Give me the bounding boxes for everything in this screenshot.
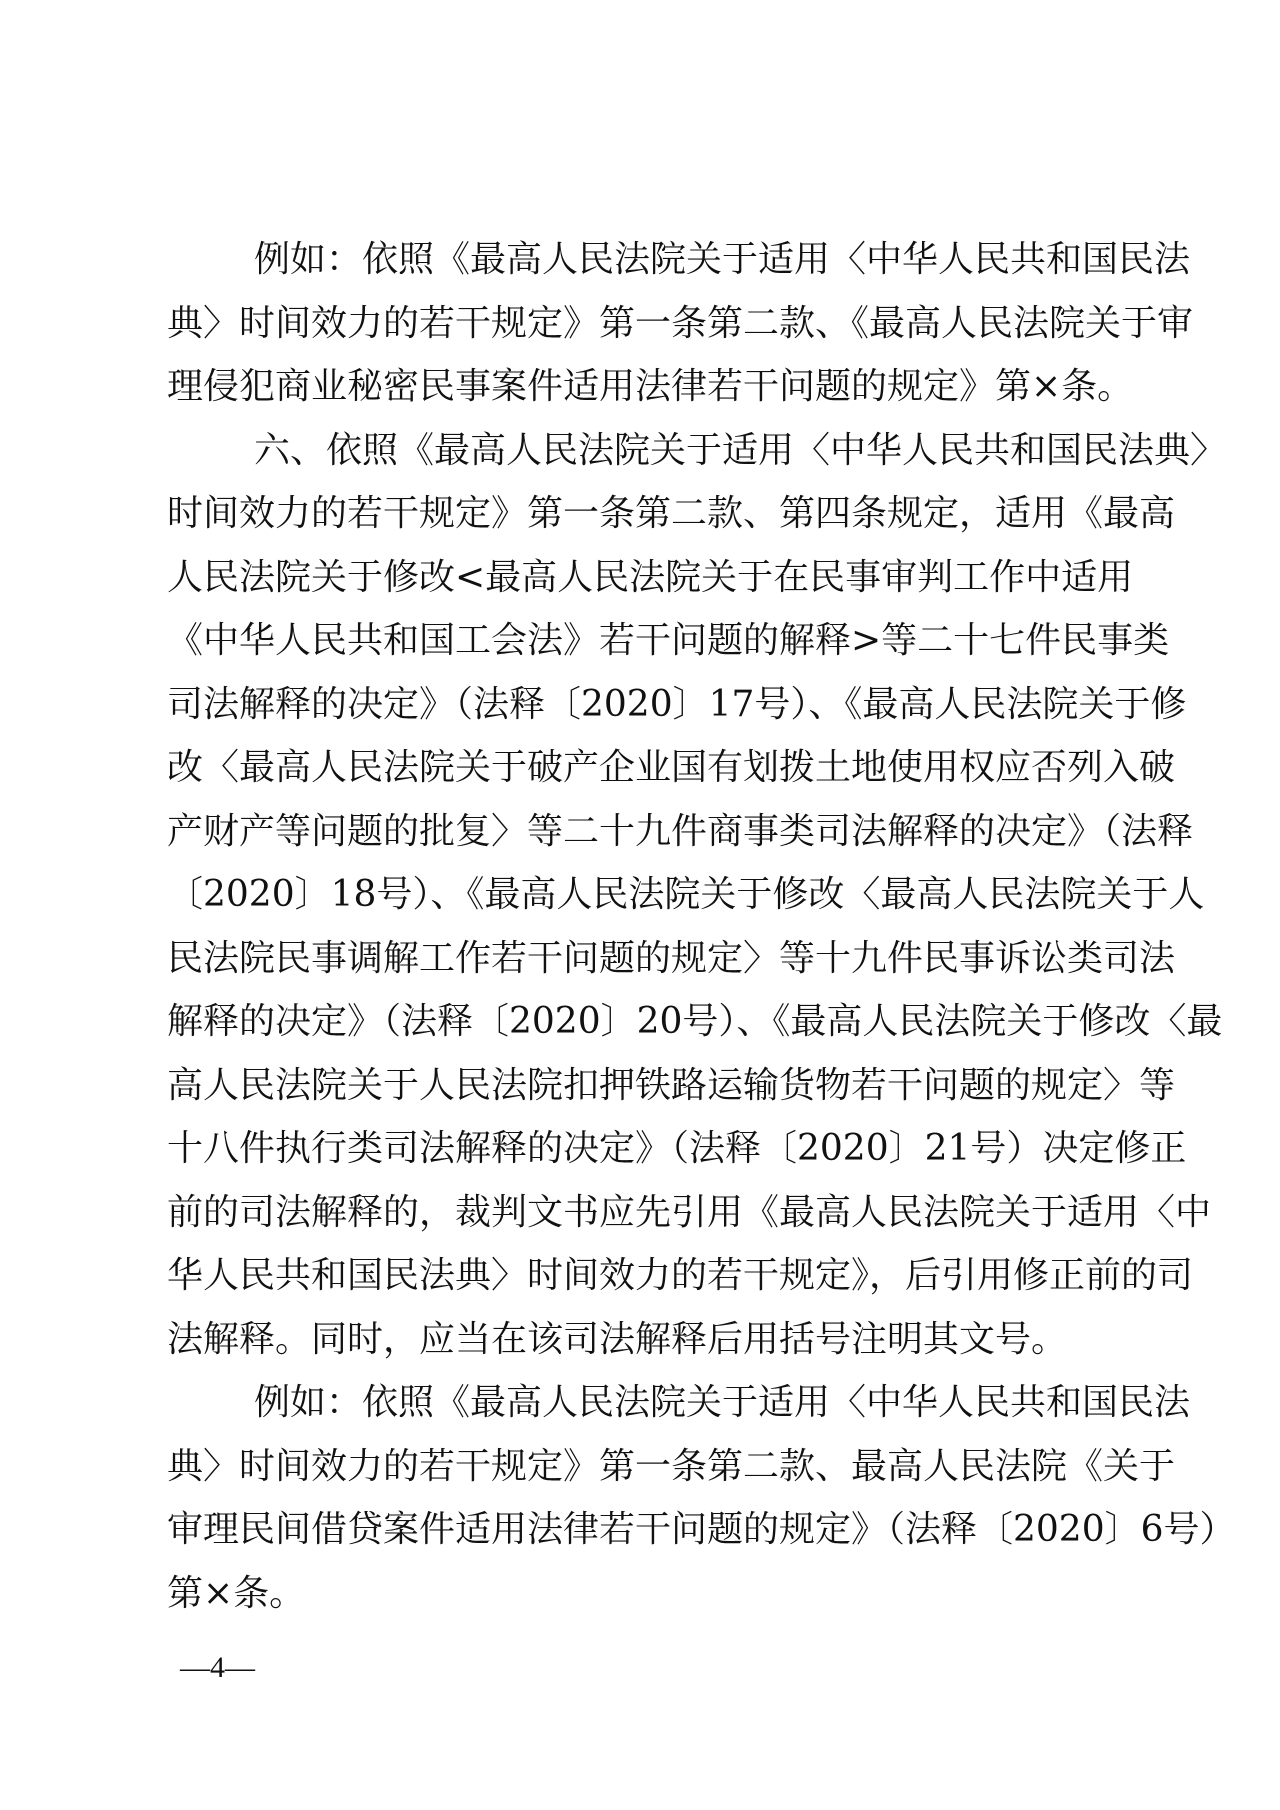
text-line: 典〉时间效力的若干规定》第一条第二款、最高人民法院《关于 (167, 1435, 1125, 1499)
text-line: 十八件执行类司法解释的决定》（法释〔2020〕21号）决定修正 (167, 1117, 1125, 1181)
text-line: 第×条。 (167, 1562, 1125, 1626)
text-line: 〔2020〕18号）、《最高人民法院关于修改〈最高人民法院关于人 (167, 863, 1125, 927)
text-line: 法解释。同时，应当在该司法解释后用括号注明其文号。 (167, 1308, 1125, 1372)
text-line: 典〉时间效力的若干规定》第一条第二款、《最高人民法院关于审 (167, 292, 1125, 356)
document-page: 例如：依照《最高人民法院关于适用〈中华人民共和国民法 典〉时间效力的若干规定》第… (0, 0, 1280, 1810)
document-body: 例如：依照《最高人民法院关于适用〈中华人民共和国民法 典〉时间效力的若干规定》第… (167, 228, 1125, 1625)
text-line: 审理民间借贷案件适用法律若干问题的规定》（法释〔2020〕6号） (167, 1498, 1125, 1562)
text-line: 改〈最高人民法院关于破产企业国有划拨土地使用权应否列入破 (167, 736, 1125, 800)
text-line: 人民法院关于修改<最高人民法院关于在民事审判工作中适用 (167, 546, 1125, 610)
text-line: 高人民法院关于人民法院扣押铁路运输货物若干问题的规定〉等 (167, 1054, 1125, 1118)
text-line: 司法解释的决定》（法释〔2020〕17号）、《最高人民法院关于修 (167, 673, 1125, 737)
paragraph-example-1: 例如：依照《最高人民法院关于适用〈中华人民共和国民法 典〉时间效力的若干规定》第… (167, 228, 1125, 419)
text-line: 六、依照《最高人民法院关于适用〈中华人民共和国民法典〉 (167, 419, 1125, 483)
text-line: 华人民共和国民法典〉时间效力的若干规定》，后引用修正前的司 (167, 1244, 1125, 1308)
text-line: 例如：依照《最高人民法院关于适用〈中华人民共和国民法 (167, 228, 1125, 292)
text-line: 例如：依照《最高人民法院关于适用〈中华人民共和国民法 (167, 1371, 1125, 1435)
page-number: —4— (180, 1650, 255, 1686)
text-line: 产财产等问题的批复〉等二十九件商事类司法解释的决定》（法释 (167, 800, 1125, 864)
text-line: 时间效力的若干规定》第一条第二款、第四条规定，适用《最高 (167, 482, 1125, 546)
text-line: 解释的决定》（法释〔2020〕20号）、《最高人民法院关于修改〈最 (167, 990, 1125, 1054)
text-line: 理侵犯商业秘密民事案件适用法律若干问题的规定》第×条。 (167, 355, 1125, 419)
text-line: 民法院民事调解工作若干问题的规定〉等十九件民事诉讼类司法 (167, 927, 1125, 991)
paragraph-section-6: 六、依照《最高人民法院关于适用〈中华人民共和国民法典〉 时间效力的若干规定》第一… (167, 419, 1125, 1372)
text-line: 《中华人民共和国工会法》若干问题的解释>等二十七件民事类 (167, 609, 1125, 673)
paragraph-example-2: 例如：依照《最高人民法院关于适用〈中华人民共和国民法 典〉时间效力的若干规定》第… (167, 1371, 1125, 1625)
text-line: 前的司法解释的，裁判文书应先引用《最高人民法院关于适用〈中 (167, 1181, 1125, 1245)
